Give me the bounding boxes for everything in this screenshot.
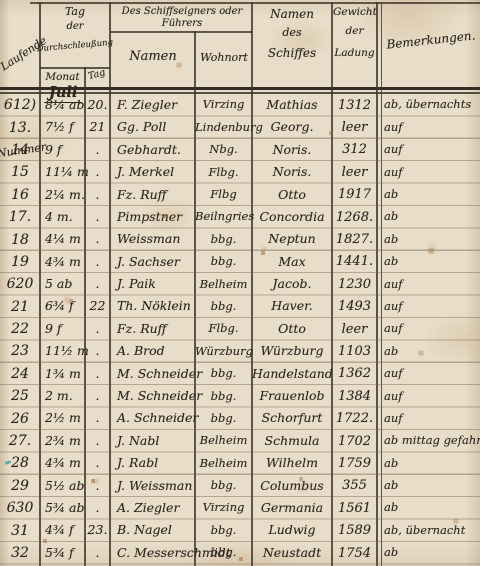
cell-time: 5 ab: [40, 278, 85, 291]
cell-owner-name: A. Schneider: [110, 412, 195, 425]
cell-cargo-weight: 1702: [332, 435, 377, 448]
cell-ship-name: Neptun: [252, 233, 332, 246]
cell-residence: bbg.: [195, 525, 252, 537]
cell-day: .: [85, 368, 110, 381]
cell-residence: Virzing: [195, 99, 252, 111]
cell-running-number: 22: [0, 322, 40, 336]
cell-cargo-weight: 1917: [332, 188, 377, 201]
cell-time: 4¼ m: [40, 233, 85, 246]
cell-residence: bbg.: [195, 234, 252, 246]
cell-day: .: [85, 278, 110, 291]
cell-owner-name: Gg. Poll: [110, 121, 195, 134]
cell-remarks: ab: [377, 346, 480, 358]
cell-time: 4¾ m: [40, 256, 85, 269]
table-row: 21 6¾ f 22 Th. Nöklein bbg. Haver. 1493 …: [0, 296, 480, 318]
cell-remarks: auf: [377, 144, 480, 156]
cell-remarks: ab: [377, 234, 480, 246]
header-weight-line2: der: [333, 25, 376, 37]
cell-remarks: ab: [377, 502, 480, 514]
cell-time: 4 m.: [40, 211, 85, 224]
cell-running-number: 15: [0, 165, 40, 179]
cell-day: .: [85, 480, 110, 493]
cell-day: .: [85, 435, 110, 448]
cell-running-number: 32: [0, 546, 40, 560]
cell-time: 7½ f: [40, 121, 85, 134]
cell-running-number: 19: [0, 255, 40, 269]
cell-ship-name: Würzburg: [252, 345, 332, 358]
cell-cargo-weight: leer: [332, 166, 377, 179]
cell-remarks: auf: [377, 301, 480, 313]
cell-residence: Virzing: [195, 502, 252, 514]
cell-day: .: [85, 189, 110, 202]
table-row: 16 2¼ m. . Fz. Ruff Flbg Otto 1917 ab: [0, 184, 480, 206]
cell-day: .: [85, 457, 110, 470]
table-row: 620 5 ab . J. Paik Belheim Jacob. 1230 a…: [0, 273, 480, 295]
cell-owner-name: J. Rabl: [110, 457, 195, 470]
cell-residence: Beilngries: [195, 211, 252, 223]
cell-remarks: auf: [377, 413, 480, 425]
cell-cargo-weight: 1722.: [332, 412, 377, 425]
cell-residence: bbg.: [195, 413, 252, 425]
cell-owner-name: B. Nagel: [110, 524, 195, 537]
header-day-group-line2: der: [40, 21, 110, 33]
cell-day: .: [85, 211, 110, 224]
cell-time: 5¾ ab: [40, 502, 85, 515]
cell-owner-name: Gebhardt.: [110, 144, 195, 157]
header-weight-line1: Gewicht: [333, 6, 376, 18]
header-name-sub: Namen: [112, 50, 194, 65]
cell-cargo-weight: 1362: [332, 367, 377, 380]
header-ship-line3: Schiffes: [253, 47, 331, 61]
cell-cargo-weight: 1754: [332, 547, 377, 560]
cell-running-number: 612): [0, 98, 40, 112]
cell-day: .: [85, 345, 110, 358]
table-row: 18 4¼ m . Weissman bbg. Neptun 1827. ab: [0, 228, 480, 250]
header-ship-line1: Namen: [253, 8, 331, 22]
header-owner-group-line2: Führers: [112, 18, 252, 30]
cell-ship-name: Schmula: [252, 435, 332, 448]
cell-running-number: 27.: [0, 434, 40, 448]
header-month-sub: Monat: [40, 71, 85, 83]
cell-ship-name: Neustadt: [252, 547, 332, 560]
cell-owner-name: M. Schneider: [110, 390, 195, 403]
table-row: 13. 7½ f 21 Gg. Poll Lindenburg Georg. l…: [0, 116, 480, 138]
cell-cargo-weight: leer: [332, 121, 377, 134]
cell-owner-name: Th. Nöklein: [110, 300, 195, 313]
cell-day: .: [85, 233, 110, 246]
cell-residence: bbg.: [195, 480, 252, 492]
header-weight-line3: Ladung: [333, 47, 376, 59]
cell-owner-name: J. Nabl: [110, 435, 195, 448]
cell-day: 22: [85, 300, 110, 313]
cell-running-number: 24: [0, 367, 40, 381]
cell-residence: Flbg: [195, 189, 252, 201]
cell-ship-name: Schorfurt: [252, 412, 332, 425]
cell-time: 2¾ m: [40, 435, 85, 448]
cell-residence: Flbg.: [195, 167, 252, 179]
cell-remarks: ab: [377, 211, 480, 223]
cell-owner-name: A. Brod: [110, 345, 195, 358]
cell-owner-name: Fz. Ruff: [110, 323, 195, 336]
cell-time: 2½ m: [40, 412, 85, 425]
cell-remarks: ab mittag gefahr.: [377, 435, 480, 447]
table-rule-owner-split: [110, 31, 252, 33]
cell-ship-name: Wilhelm: [252, 457, 332, 470]
cell-ship-name: Georg.: [252, 121, 332, 134]
cell-owner-name: M. Schneider: [110, 368, 195, 381]
cell-day: .: [85, 166, 110, 179]
cell-running-number: 14: [0, 143, 40, 157]
cell-remarks: ab, übernacht: [377, 525, 480, 537]
cell-running-number: 17.: [0, 210, 40, 224]
cell-ship-name: Noris.: [252, 166, 332, 179]
cell-day: .: [85, 144, 110, 157]
cell-residence: Würzburg: [195, 346, 252, 358]
cell-cargo-weight: 1384: [332, 390, 377, 403]
cell-running-number: 18: [0, 233, 40, 247]
cell-residence: Lindenburg: [195, 122, 252, 134]
cell-day: .: [85, 547, 110, 560]
cell-ship-name: Noris.: [252, 144, 332, 157]
cell-cargo-weight: 1561: [332, 502, 377, 515]
cell-cargo-weight: 1441.: [332, 255, 377, 268]
cell-running-number: 21: [0, 300, 40, 314]
table-row: 31 4¾ f 23. B. Nagel bbg. Ludwig 1589 ab…: [0, 519, 480, 541]
cell-time: 2¼ m.: [40, 189, 85, 202]
cell-owner-name: F. Ziegler: [110, 99, 195, 112]
cell-remarks: ab: [377, 480, 480, 492]
cell-time: 6¾ f: [40, 300, 85, 313]
cell-ship-name: Columbus: [252, 480, 332, 493]
cell-remarks: auf: [377, 391, 480, 403]
cell-cargo-weight: 355: [332, 479, 377, 492]
cell-cargo-weight: 1230: [332, 278, 377, 291]
cell-day: .: [85, 502, 110, 515]
cell-ship-name: Germania: [252, 502, 332, 515]
cell-time: 2 m.: [40, 390, 85, 403]
cell-running-number: 630: [0, 501, 40, 515]
cell-day: 21: [85, 121, 110, 134]
cell-cargo-weight: 1312: [332, 99, 377, 112]
cell-cargo-weight: 312: [332, 143, 377, 156]
header-owner-group-line1: Des Schiffseigners oder: [112, 6, 252, 18]
cell-ship-name: Mathias: [252, 99, 332, 112]
table-rule-top: [30, 2, 480, 4]
cell-residence: bbg.: [195, 547, 252, 559]
cell-running-number: 31: [0, 524, 40, 538]
table-row: 22 9 f . Fz. Ruff Flbg. Otto leer auf: [0, 318, 480, 340]
cell-time: 4¾ f: [40, 524, 85, 537]
header-day-sub: Tag: [84, 67, 110, 84]
cell-owner-name: C. Messerschmidt: [110, 547, 195, 560]
cell-ship-name: Jacob.: [252, 278, 332, 291]
cell-owner-name: Pimpstner: [110, 211, 195, 224]
cell-ship-name: Concordia: [252, 211, 332, 224]
cell-running-number: 620: [0, 277, 40, 291]
cell-residence: Belheim: [195, 458, 252, 470]
cell-remarks: auf: [377, 368, 480, 380]
cell-owner-name: J. Merkel: [110, 166, 195, 179]
table-row: 14 9 f . Gebhardt. Nbg. Noris. 312 auf: [0, 139, 480, 161]
cell-remarks: ab: [377, 458, 480, 470]
cell-residence: Flbg.: [195, 323, 252, 335]
cell-residence: bbg.: [195, 368, 252, 380]
cell-residence: bbg.: [195, 301, 252, 313]
cell-ship-name: Otto: [252, 189, 332, 202]
cell-day: 23.: [85, 524, 110, 537]
foxing-specks: [0, 0, 2, 2]
table-row: 26 2½ m . A. Schneider bbg. Schorfurt 17…: [0, 407, 480, 429]
header-day-group-line1: Tag: [40, 6, 110, 19]
cell-residence: bbg.: [195, 391, 252, 403]
cell-residence: Belheim: [195, 279, 252, 291]
cell-remarks: ab, übernachts: [377, 99, 480, 111]
cell-running-number: 16: [0, 188, 40, 202]
cell-owner-name: J. Paik: [110, 278, 195, 291]
cell-day: 20.: [85, 99, 110, 112]
cell-ship-name: Haver.: [252, 300, 332, 313]
cell-residence: bbg.: [195, 256, 252, 268]
cell-remarks: auf: [377, 279, 480, 291]
cell-time: 11¼ m: [40, 166, 85, 179]
month-label: Juli: [44, 84, 82, 103]
table-row: 630 5¾ ab . A. Ziegler Virzing Germania …: [0, 497, 480, 519]
table-row: 15 11¼ m . J. Merkel Flbg. Noris. leer a…: [0, 161, 480, 183]
cell-cargo-weight: 1589: [332, 524, 377, 537]
cell-time: 5½ ab: [40, 480, 85, 493]
cell-cargo-weight: 1103: [332, 345, 377, 358]
cell-ship-name: Frauenlob: [252, 390, 332, 403]
cell-remarks: ab: [377, 547, 480, 559]
cell-cargo-weight: 1759: [332, 457, 377, 470]
cell-remarks: auf: [377, 323, 480, 335]
cell-day: .: [85, 412, 110, 425]
cell-owner-name: Weissman: [110, 233, 195, 246]
ledger-page: Laufende Nummer Tag der Durchschleußung …: [0, 0, 480, 566]
cell-time: 9 f: [40, 144, 85, 157]
cell-owner-name: J. Sachser: [110, 256, 195, 269]
table-row: 23 11½ m . A. Brod Würzburg Würzburg 110…: [0, 340, 480, 362]
cell-day: .: [85, 390, 110, 403]
cell-remarks: auf: [377, 122, 480, 134]
cell-running-number: 13.: [0, 121, 40, 135]
cell-ship-name: Ludwig: [252, 524, 332, 537]
table-row: 27. 2¾ m . J. Nabl Belheim Schmula 1702 …: [0, 430, 480, 452]
cell-time: 11½ m: [40, 345, 85, 358]
table-row: 32 5¾ f . C. Messerschmidt bbg. Neustadt…: [0, 542, 480, 564]
cell-residence: Nbg.: [195, 144, 252, 156]
header-residence-sub: Wohnort: [196, 52, 252, 65]
cell-ship-name: Max: [252, 256, 332, 269]
cell-cargo-weight: 1493: [332, 300, 377, 313]
table-row: 24 1¾ m . M. Schneider bbg. Handelstand …: [0, 363, 480, 385]
cell-owner-name: A. Ziegler: [110, 502, 195, 515]
table-row: 17. 4 m. . Pimpstner Beilngries Concordi…: [0, 206, 480, 228]
table-row: 29 5½ ab . J. Weissman bbg. Columbus 355…: [0, 475, 480, 497]
cell-remarks: ab: [377, 189, 480, 201]
cell-running-number: 25: [0, 389, 40, 403]
cell-time: 1¾ m: [40, 368, 85, 381]
cell-time: 5¾ f: [40, 547, 85, 560]
cell-running-number: 23: [0, 344, 40, 358]
cell-cargo-weight: 1827.: [332, 233, 377, 246]
cell-cargo-weight: 1268.: [332, 211, 377, 224]
table-row: 19 4¾ m . J. Sachser bbg. Max 1441. ab: [0, 251, 480, 273]
cell-running-number: 29: [0, 479, 40, 493]
cell-owner-name: Fz. Ruff: [110, 189, 195, 202]
cell-running-number: 26: [0, 412, 40, 426]
cell-remarks: auf: [377, 167, 480, 179]
header-remarks: Bemerkungen.: [385, 29, 478, 52]
cell-ship-name: Otto: [252, 323, 332, 336]
table-row: 25 2 m. . M. Schneider bbg. Frauenlob 13…: [0, 385, 480, 407]
cell-day: .: [85, 323, 110, 336]
cell-cargo-weight: leer: [332, 323, 377, 336]
cell-residence: Belheim: [195, 435, 252, 447]
cell-time: 9 f: [40, 323, 85, 336]
cell-time: 4¾ m: [40, 457, 85, 470]
header-ship-line2: des: [253, 27, 331, 40]
table-row: 28 4¾ m . J. Rabl Belheim Wilhelm 1759 a…: [0, 452, 480, 474]
table-rows: 612) 8¼ ab 20. F. Ziegler Virzing Mathia…: [0, 94, 480, 566]
cell-owner-name: J. Weissman: [110, 480, 195, 493]
cell-remarks: ab: [377, 256, 480, 268]
cell-day: .: [85, 256, 110, 269]
cell-ship-name: Handelstand: [252, 368, 332, 381]
